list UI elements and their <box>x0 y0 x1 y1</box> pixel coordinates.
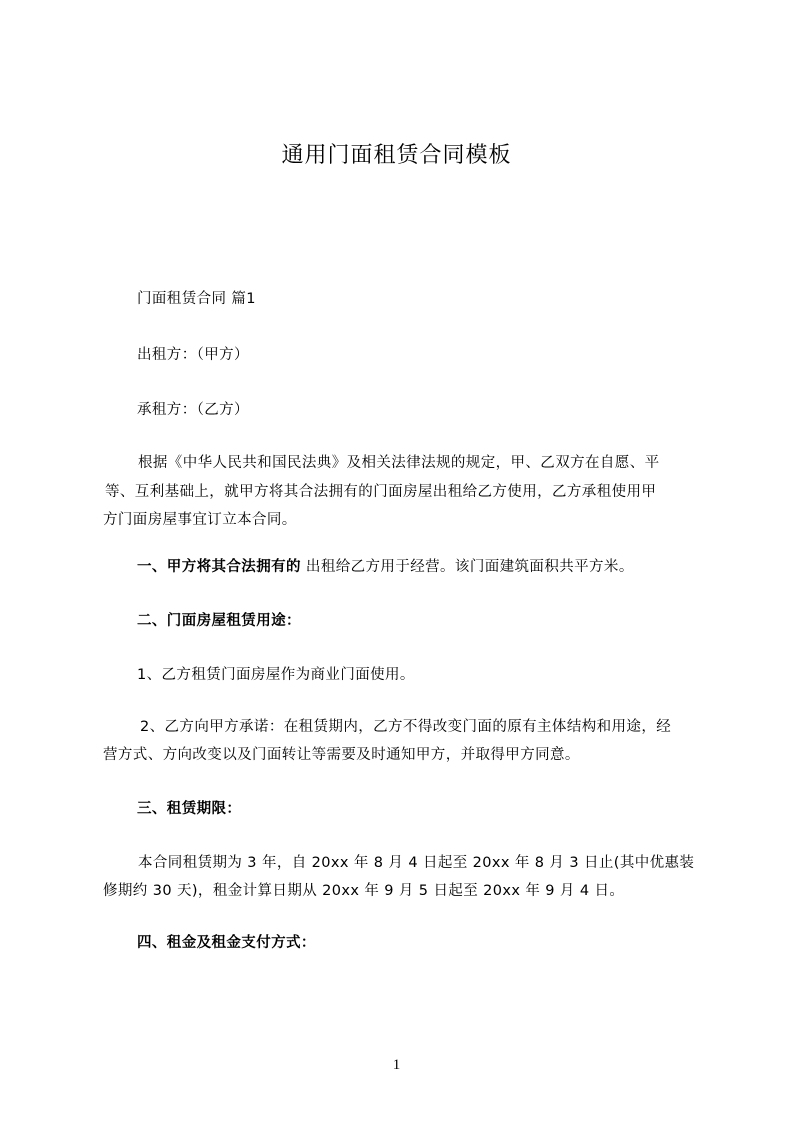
page-number: 1 <box>0 1055 793 1075</box>
preamble-line-2: 等、互利基础上，就甲方将其合法拥有的门面房屋出租给乙方使用，乙方承租使用甲 <box>105 482 656 502</box>
clause-2-heading: 二、门面房屋租赁用途： <box>137 611 301 631</box>
clause-1-heading: 一、甲方将其合法拥有的 <box>137 559 301 575</box>
clause-3-line-1: 本合同租赁期为 3 年，自 20xx 年 8 月 4 日起至 20xx 年 8 … <box>138 853 694 873</box>
clause-2-item-1: 1、乙方租赁门面房屋作为商业门面使用。 <box>137 665 415 685</box>
section-heading: 门面租赁合同 篇1 <box>137 289 256 309</box>
preamble-line-3: 方门面房屋事宜订立本合同。 <box>103 510 297 530</box>
preamble-line-1: 根据《中华人民共和国民法典》及相关法律法规的规定，甲、乙双方在自愿、平 <box>138 453 705 473</box>
clause-2-item-2-line-2: 营方式、方向改变以及门面转让等需要及时通知甲方，并取得甲方同意。 <box>103 745 580 765</box>
clause-1-text: 出租给乙方用于经营。该门面建筑面积共平方米。 <box>301 559 634 575</box>
lessee-line: 承租方：（乙方） <box>137 400 249 420</box>
lessor-line: 出租方：（甲方） <box>137 345 249 365</box>
document-page: 通用门面租赁合同模板 门面租赁合同 篇1 出租方：（甲方） 承租方：（乙方） 根… <box>0 0 793 1122</box>
clause-3-heading: 三、租赁期限： <box>137 799 241 819</box>
clause-2-item-2-line-1: 2、乙方向甲方承诺：在租赁期内，乙方不得改变门面的原有主体结构和用途，经 <box>140 717 671 737</box>
document-title: 通用门面租赁合同模板 <box>0 141 793 171</box>
clause-3-line-2: 修期约 30 天)，租金计算日期从 20xx 年 9 月 5 日起至 20xx … <box>103 881 624 901</box>
clause-4-heading: 四、租金及租金支付方式： <box>137 933 316 953</box>
clause-1: 一、甲方将其合法拥有的 出租给乙方用于经营。该门面建筑面积共平方米。 <box>137 557 634 577</box>
